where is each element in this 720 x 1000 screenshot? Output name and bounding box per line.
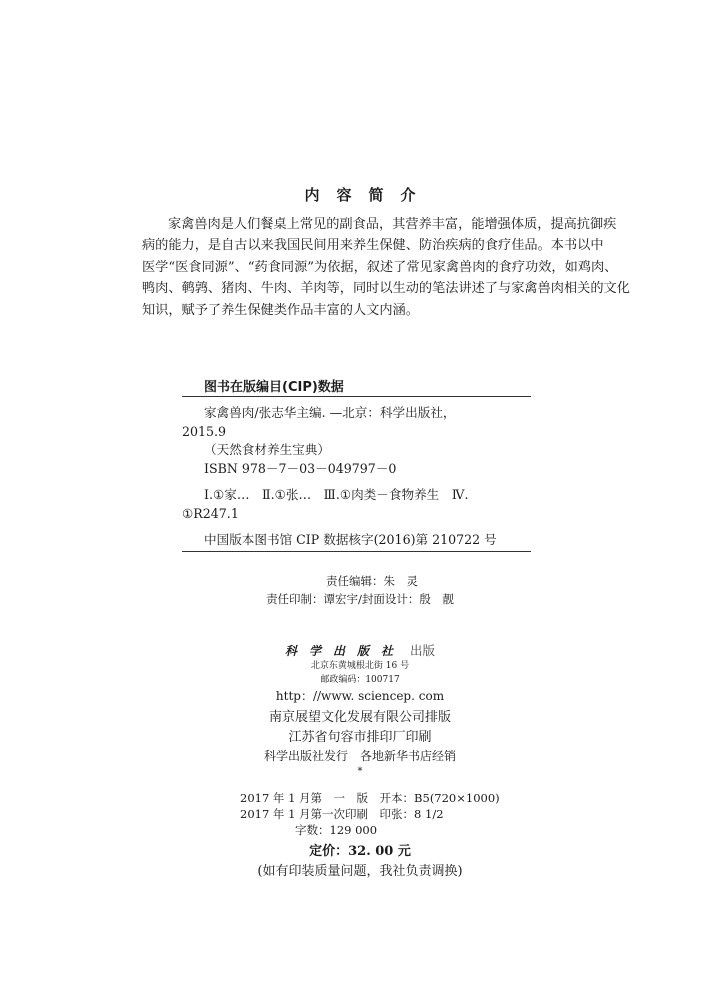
publisher-url: http：//www. sciencep. com — [0, 687, 720, 705]
distribution-info: 科学出版社发行 各地新华书店经销 — [0, 748, 720, 765]
publisher-address: 北京东黄城根北街 16 号 — [0, 659, 720, 673]
printing-info: 江苏省句容市排印厂印刷 — [0, 728, 720, 748]
cip-record: 家禽兽肉/张志华主编. —北京：科学出版社， 2015.9 （天然食材养生宝典）… — [182, 404, 497, 550]
cip-classification-line1: Ⅰ.①家… Ⅱ.①张… Ⅲ.①肉类－食物养生 Ⅳ. — [182, 486, 497, 505]
cip-top-rule — [182, 396, 531, 397]
cip-bottom-rule — [182, 551, 531, 552]
price: 定价：32. 00 元 — [0, 840, 720, 859]
editor-credit: 责任编辑：朱 灵 — [0, 572, 720, 590]
intro-line: 家禽兽肉是人们餐桌上常见的副食品，其营养丰富，能增强体质，提高抗御疾 — [142, 214, 582, 235]
print-cover-credit: 责任印制：谭宏宇/封面设计：殷 靓 — [0, 590, 720, 608]
credits: 责任编辑：朱 灵 责任印制：谭宏宇/封面设计：殷 靓 — [0, 572, 720, 608]
publisher-postcode: 邮政编码：100717 — [0, 673, 720, 687]
cip-entry-line1: 家禽兽肉/张志华主编. —北京：科学出版社， — [182, 404, 497, 423]
intro-line: 鸭肉、鹌鹑、猪肉、牛肉、羊肉等，同时以生动的笔法讲述了与家禽兽肉相关的文化 — [142, 278, 582, 299]
publisher-suffix: 出版 — [410, 643, 435, 658]
quality-notice: (如有印装质量问题，我社负责调换) — [0, 860, 720, 879]
typesetting-info: 南京展望文化发展有限公司排版 — [0, 708, 720, 728]
edition-line2: 2017 年 1 月第一次印刷 印张：8 1/2 — [240, 806, 500, 822]
publisher-logo-name: 科学出版社 — [285, 644, 405, 658]
cip-classification-line2: ①R247.1 — [182, 505, 497, 524]
word-count: 字数：129 000 — [240, 822, 500, 838]
publisher-block: 科学出版社 出版 北京东黄城根北街 16 号 邮政编码：100717 http：… — [0, 640, 720, 705]
production-block: 南京展望文化发展有限公司排版 江苏省句容市排印厂印刷 科学出版社发行 各地新华书… — [0, 708, 720, 765]
cip-entry-line2: 2015.9 — [182, 423, 497, 442]
intro-title: 内容简介 — [0, 184, 720, 205]
edition-block: 2017 年 1 月第 一 版 开本：B5(720×1000) 2017 年 1… — [240, 790, 500, 838]
cip-title: 图书在版编目(CIP)数据 — [204, 376, 344, 395]
cip-number: 中国版本图书馆 CIP 数据核字(2016)第 210722 号 — [182, 531, 497, 550]
cip-isbn: ISBN 978－7－03－049797－0 — [182, 460, 497, 479]
intro-line: 知识，赋予了养生保健类作品丰富的人文内涵。 — [142, 300, 582, 321]
intro-line: 病的能力，是自古以来我国民间用来养生保健、防治疾病的食疗佳品。本书以中 — [142, 235, 582, 256]
separator-star: * — [0, 766, 720, 777]
edition-line1: 2017 年 1 月第 一 版 开本：B5(720×1000) — [240, 790, 500, 806]
intro-line: 医学“医食同源”、“药食同源”为依据，叙述了常见家禽兽肉的食疗功效，如鸡肉、 — [142, 257, 582, 278]
intro-paragraph: 家禽兽肉是人们餐桌上常见的副食品，其营养丰富，能增强体质，提高抗御疾 病的能力，… — [142, 214, 582, 321]
cip-series: （天然食材养生宝典） — [182, 441, 497, 460]
